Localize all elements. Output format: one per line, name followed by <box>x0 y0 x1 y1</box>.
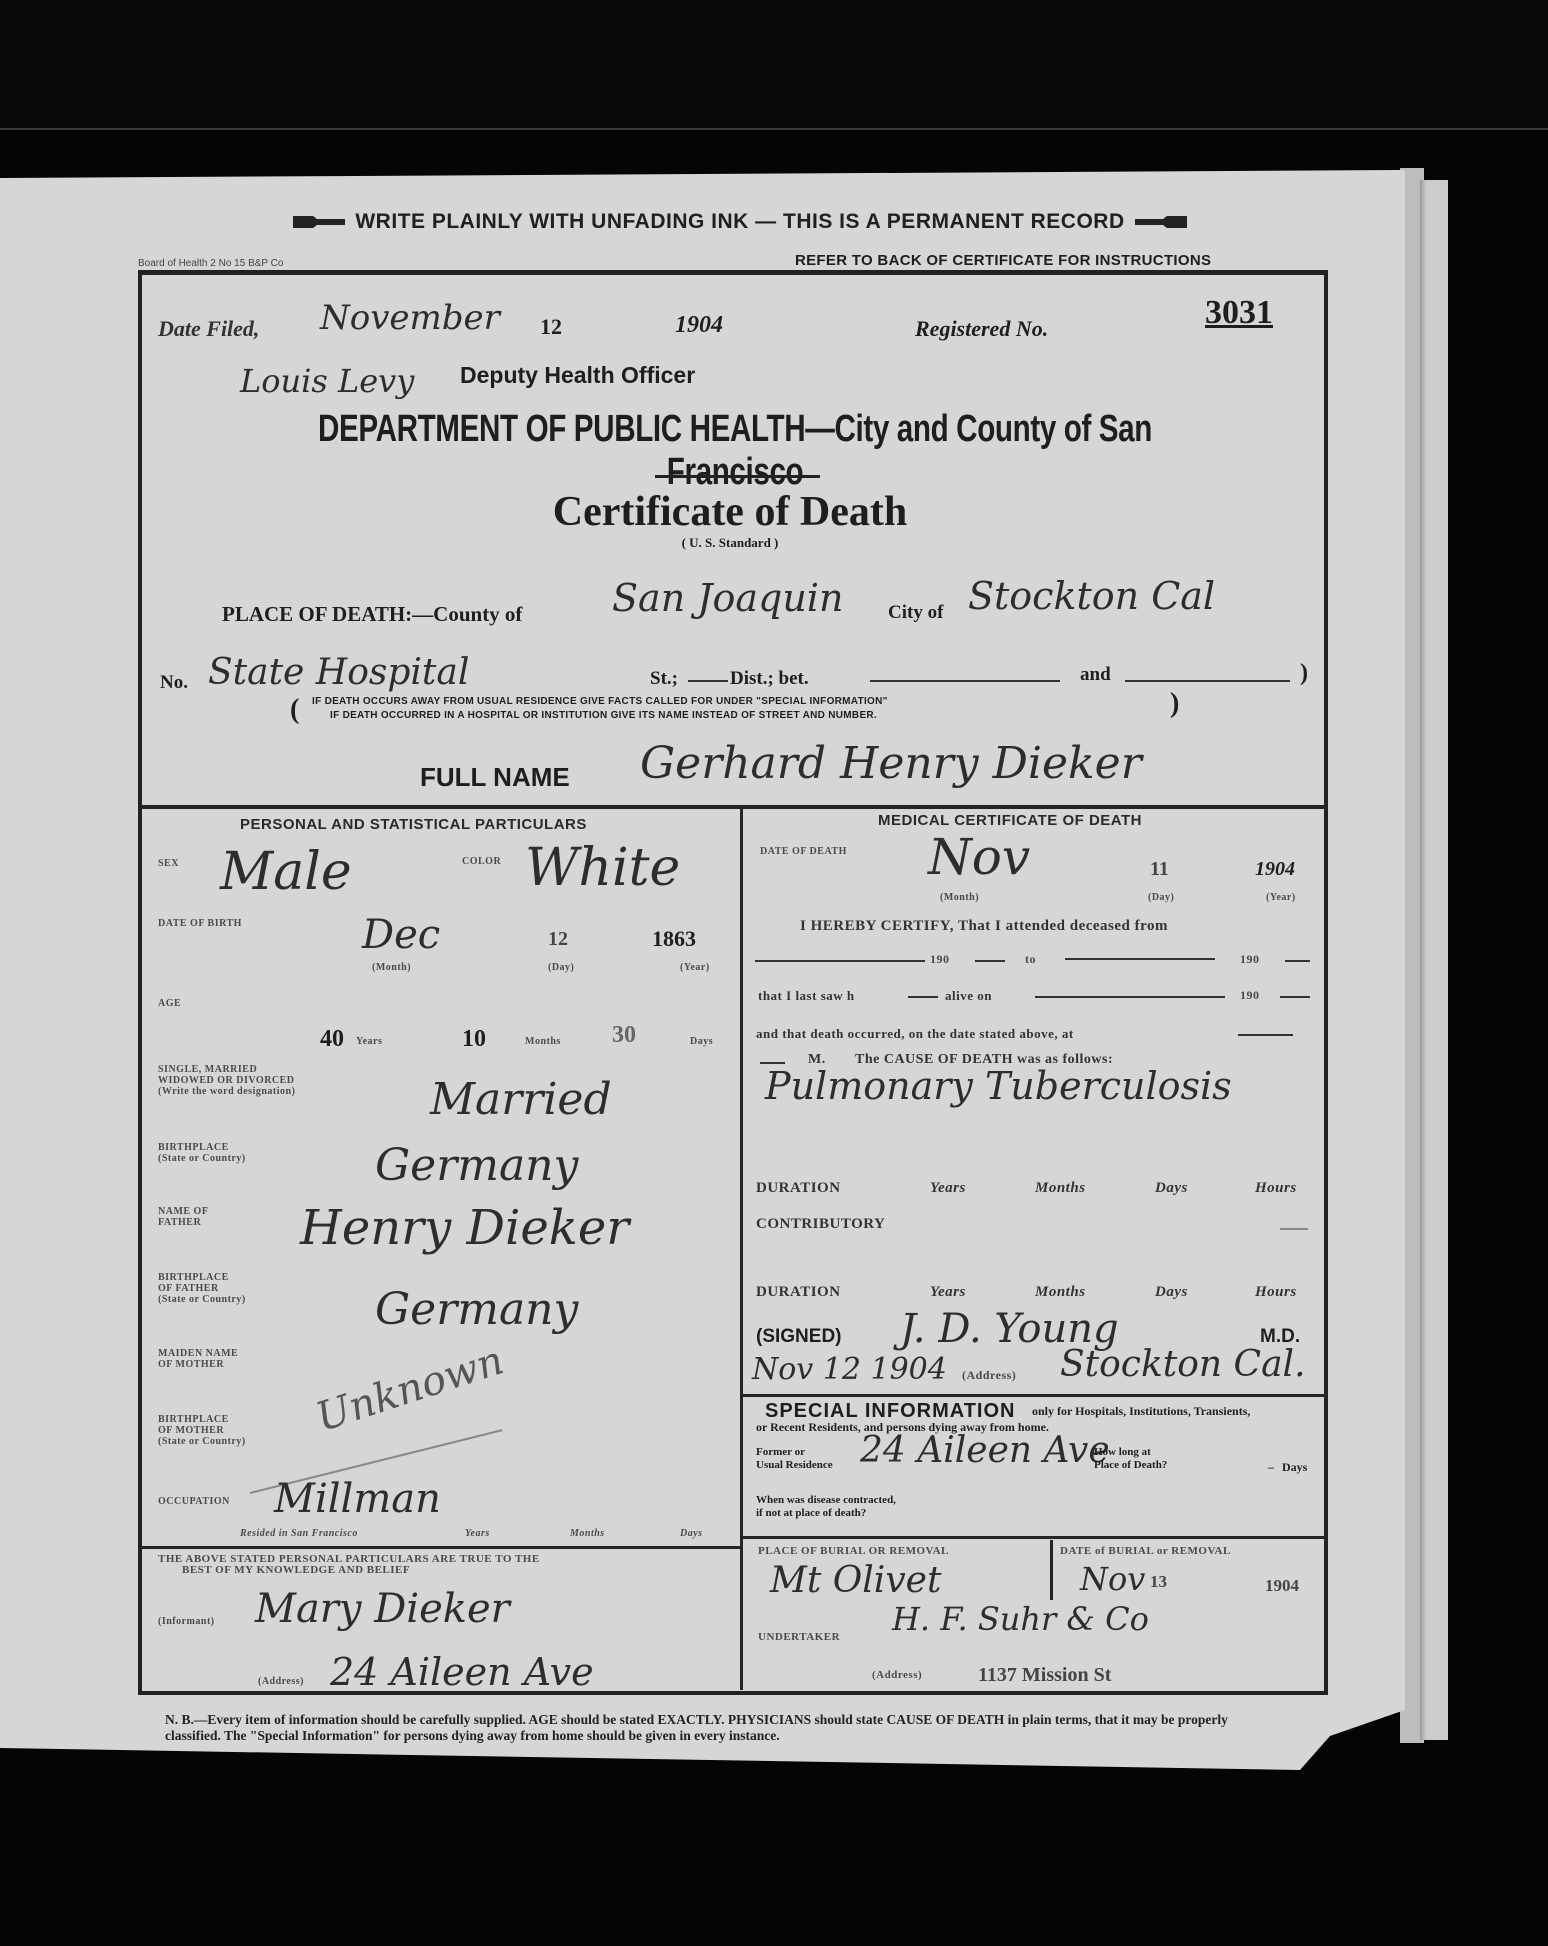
last-saw-label: that I last saw h <box>758 988 855 1004</box>
birthplace-label-line2: (State or Country) <box>158 1153 246 1164</box>
duration2-months: Months <box>1035 1284 1086 1301</box>
instructions-footnote: N. B.—Every item of information should b… <box>165 1712 1245 1744</box>
father-name-label-line1: NAME OF <box>158 1206 208 1217</box>
title-divider <box>655 475 820 478</box>
special-divider <box>742 1394 1326 1397</box>
former-label-line1: Former or <box>756 1446 833 1459</box>
officer-title: Deputy Health Officer <box>460 362 695 389</box>
registered-number: 3031 <box>1205 294 1273 332</box>
section-divider <box>140 805 1326 809</box>
father-name-label: NAME OF FATHER <box>158 1206 208 1228</box>
refer-instructions-note: REFER TO BACK OF CERTIFICATE FOR INSTRUC… <box>795 252 1211 269</box>
informant-address: 24 Aileen Ave <box>330 1650 594 1694</box>
informant-label: (Informant) <box>158 1616 215 1627</box>
date-filed-label: Date Filed, <box>158 316 259 342</box>
special-note-1: only for Hospitals, Institutions, Transi… <box>1032 1404 1250 1419</box>
burial-date-label: DATE of BURIAL or REMOVAL <box>1060 1546 1231 1557</box>
dod-month-caption: (Month) <box>940 892 979 903</box>
signed-date: Nov 12 1904 <box>752 1352 947 1387</box>
age-years-caption: Years <box>356 1036 382 1047</box>
street-blank <box>688 680 728 682</box>
resided-label: Resided in San Francisco <box>240 1528 358 1539</box>
department-title: DEPARTMENT OF PUBLIC HEALTH—City and Cou… <box>287 408 1184 494</box>
city-label: City of <box>888 602 943 624</box>
to-label: to <box>1025 954 1036 965</box>
to-190: 190 <box>1240 954 1260 965</box>
contracted-label-line2: if not at place of death? <box>756 1507 896 1520</box>
pointing-hand-icon <box>291 212 349 232</box>
physician-address-label: (Address) <box>962 1370 1016 1381</box>
informant-statement: THE ABOVE STATED PERSONAL PARTICULARS AR… <box>158 1554 540 1576</box>
dod-year: 1904 <box>1255 858 1295 881</box>
institution-value: State Hospital <box>208 652 469 693</box>
dob-day-caption: (Day) <box>548 962 574 973</box>
mother-bp-label-line2: OF MOTHER <box>158 1425 246 1436</box>
burial-place-value: Mt Olivet <box>770 1560 941 1601</box>
dod-year-caption: (Year) <box>1266 892 1296 903</box>
former-label-line2: Usual Residence <box>756 1459 833 1472</box>
scan-background-top <box>0 0 1548 130</box>
certificate-title: Certificate of Death <box>460 488 1000 536</box>
and-blank <box>1125 680 1290 682</box>
birthplace-label: BIRTHPLACE (State or Country) <box>158 1142 246 1164</box>
banner-text: WRITE PLAINLY WITH UNFADING INK — THIS I… <box>355 210 1124 233</box>
street-label: St.; <box>650 668 678 690</box>
father-name-label-line2: FATHER <box>158 1217 208 1228</box>
alive-on-label: alive on <box>945 988 992 1004</box>
sex-value: Male <box>220 842 352 902</box>
age-months-caption: Months <box>525 1036 561 1047</box>
duration2-hours: Hours <box>1255 1284 1297 1301</box>
duration-days: Days <box>1155 1180 1188 1197</box>
attended-from-blank <box>755 960 925 962</box>
pointing-hand-icon <box>1131 212 1189 232</box>
dob-day: 12 <box>548 928 568 951</box>
burial-date-month: Nov <box>1080 1560 1145 1598</box>
age-days-caption: Days <box>690 1036 713 1047</box>
pronoun-blank <box>908 996 938 998</box>
marital-label-line2: WIDOWED OR DIVORCED <box>158 1075 295 1086</box>
informant-divider <box>140 1546 740 1549</box>
former-residence-label: Former or Usual Residence <box>756 1446 833 1472</box>
mother-bp-label-line1: BIRTHPLACE <box>158 1414 246 1425</box>
birthplace-label-line1: BIRTHPLACE <box>158 1142 246 1153</box>
undertaker-address: 1137 Mission St <box>978 1664 1111 1687</box>
cause-of-death: Pulmonary Tuberculosis <box>765 1064 1232 1108</box>
duration-years: Years <box>930 1180 966 1197</box>
undertaker-label: UNDERTAKER <box>758 1632 840 1643</box>
informant-address-label: (Address) <box>258 1676 304 1687</box>
mother-name-label-line1: MAIDEN NAME <box>158 1348 238 1359</box>
burial-place-label: PLACE OF BURIAL OR REMOVAL <box>758 1546 949 1557</box>
contributory-blank <box>1280 1228 1308 1230</box>
birthplace-value: Germany <box>375 1140 578 1191</box>
how-long-label: How long at Place of Death? <box>1094 1446 1167 1472</box>
marital-label-line1: SINGLE, MARRIED <box>158 1064 295 1075</box>
between-blank <box>870 680 1060 682</box>
undertaker-value: H. F. Suhr & Co <box>892 1600 1149 1638</box>
death-occurred-label: and that death occurred, on the date sta… <box>756 1026 1074 1042</box>
age-days: 30 <box>612 1022 636 1049</box>
medical-section-heading: MEDICAL CERTIFICATE OF DEATH <box>878 812 1142 829</box>
contracted-label: When was disease contracted, if not at p… <box>756 1494 896 1520</box>
attended-to-blank <box>1065 958 1215 960</box>
how-long-label-line1: How long at <box>1094 1446 1167 1459</box>
dob-year: 1863 <box>652 926 696 952</box>
sex-label: SEX <box>158 858 179 869</box>
note-paren-close: ) <box>1170 688 1179 720</box>
instruction-banner: WRITE PLAINLY WITH UNFADING INK — THIS I… <box>190 210 1290 234</box>
alive-190: 190 <box>1240 990 1260 1001</box>
printer-reference: Board of Health 2 No 15 B&P Co <box>138 258 283 269</box>
father-bp-label-line3: (State or Country) <box>158 1294 246 1305</box>
paren-close: ) <box>1300 660 1308 687</box>
dob-label: DATE OF BIRTH <box>158 918 242 929</box>
physician-address: Stockton Cal. <box>1060 1344 1306 1385</box>
dod-day-caption: (Day) <box>1148 892 1174 903</box>
residence-note-2: IF DEATH OCCURRED IN A HOSPITAL OR INSTI… <box>330 710 877 721</box>
duration-hours: Hours <box>1255 1180 1297 1197</box>
how-long-days: Days <box>1282 1460 1307 1475</box>
from-190: 190 <box>930 954 950 965</box>
age-label: AGE <box>158 998 181 1009</box>
city-value: Stockton Cal <box>968 574 1215 618</box>
street-no-label: No. <box>160 672 188 694</box>
color-value: White <box>525 838 680 898</box>
resided-months-caption: Months <box>570 1528 605 1539</box>
duration2-label: DURATION <box>756 1284 841 1301</box>
father-birthplace-value: Germany <box>375 1284 578 1335</box>
how-long-value: – <box>1268 1460 1274 1475</box>
marital-label: SINGLE, MARRIED WIDOWED OR DIVORCED (Wri… <box>158 1064 295 1097</box>
duration2-days: Days <box>1155 1284 1188 1301</box>
death-time-blank <box>1238 1034 1293 1036</box>
burial-divider <box>742 1536 1326 1539</box>
marital-value: Married <box>430 1074 612 1125</box>
place-of-death-label: PLACE OF DEATH:—County of <box>222 602 522 627</box>
burial-column-divider <box>1050 1540 1053 1600</box>
dod-day: 11 <box>1150 858 1169 881</box>
underlying-page-edge <box>1420 180 1448 1740</box>
burial-date-year: 1904 <box>1265 1576 1299 1596</box>
registered-label: Registered No. <box>915 316 1048 342</box>
father-bp-label-line2: OF FATHER <box>158 1283 246 1294</box>
former-residence-value: 24 Aileen Ave <box>860 1430 1110 1471</box>
dod-label: DATE OF DEATH <box>760 846 847 857</box>
age-years: 40 <box>320 1026 344 1053</box>
burial-date-day: 13 <box>1150 1572 1167 1592</box>
mother-birthplace-label: BIRTHPLACE OF MOTHER (State or Country) <box>158 1414 246 1447</box>
father-birthplace-label: BIRTHPLACE OF FATHER (State or Country) <box>158 1272 246 1305</box>
occupation-value: Millman <box>274 1476 441 1522</box>
alive-year-blank <box>1280 996 1310 998</box>
personal-section-heading: PERSONAL AND STATISTICAL PARTICULARS <box>240 816 587 833</box>
age-months: 10 <box>462 1026 486 1053</box>
from-year-blank <box>975 960 1005 962</box>
undertaker-address-label: (Address) <box>872 1670 922 1681</box>
informant-name: Mary Dieker <box>255 1586 510 1632</box>
full-name-label: FULL NAME <box>420 762 570 793</box>
date-filed-day: 12 <box>540 314 562 340</box>
dob-month-caption: (Month) <box>372 962 411 973</box>
note-paren-open: ( <box>290 694 299 726</box>
full-name-value: Gerhard Henry Dieker <box>640 738 1142 789</box>
duration2-years: Years <box>930 1284 966 1301</box>
mother-name-label-line2: OF MOTHER <box>158 1359 238 1370</box>
officer-signature: Louis Levy <box>240 362 414 400</box>
duration-months: Months <box>1035 1180 1086 1197</box>
certificate-standard: ( U. S. Standard ) <box>460 535 1000 551</box>
color-label: COLOR <box>462 856 501 867</box>
informant-statement-line2: BEST OF MY KNOWLEDGE AND BELIEF <box>158 1565 540 1576</box>
date-filed-year: 1904 <box>675 312 723 339</box>
scan-edge-line <box>0 128 1548 130</box>
duration-label: DURATION <box>756 1180 841 1197</box>
resided-years-caption: Years <box>465 1528 490 1539</box>
father-bp-label-line1: BIRTHPLACE <box>158 1272 246 1283</box>
signed-label: (SIGNED) <box>756 1326 842 1348</box>
alive-on-blank <box>1035 996 1225 998</box>
column-divider <box>740 808 743 1690</box>
residence-note-1: IF DEATH OCCURS AWAY FROM USUAL RESIDENC… <box>312 696 888 707</box>
date-filed-month: November <box>320 298 500 338</box>
resided-days-caption: Days <box>680 1528 703 1539</box>
dob-month: Dec <box>362 912 440 958</box>
mother-bp-label-line3: (State or Country) <box>158 1436 246 1447</box>
father-name-value: Henry Dieker <box>300 1200 629 1256</box>
contributory-label: CONTRIBUTORY <box>756 1216 885 1233</box>
marital-label-line3: (Write the word designation) <box>158 1086 295 1097</box>
how-long-label-line2: Place of Death? <box>1094 1459 1167 1472</box>
contracted-label-line1: When was disease contracted, <box>756 1494 896 1507</box>
mother-name-label: MAIDEN NAME OF MOTHER <box>158 1348 238 1370</box>
county-value: San Joaquin <box>612 576 843 620</box>
to-year-blank <box>1285 960 1310 962</box>
dod-month: Nov <box>928 828 1030 886</box>
and-label: and <box>1080 664 1111 686</box>
dob-year-caption: (Year) <box>680 962 710 973</box>
district-label: Dist.; bet. <box>730 668 809 690</box>
occupation-label: OCCUPATION <box>158 1496 230 1507</box>
certify-statement: I HEREBY CERTIFY, That I attended deceas… <box>800 918 1168 935</box>
